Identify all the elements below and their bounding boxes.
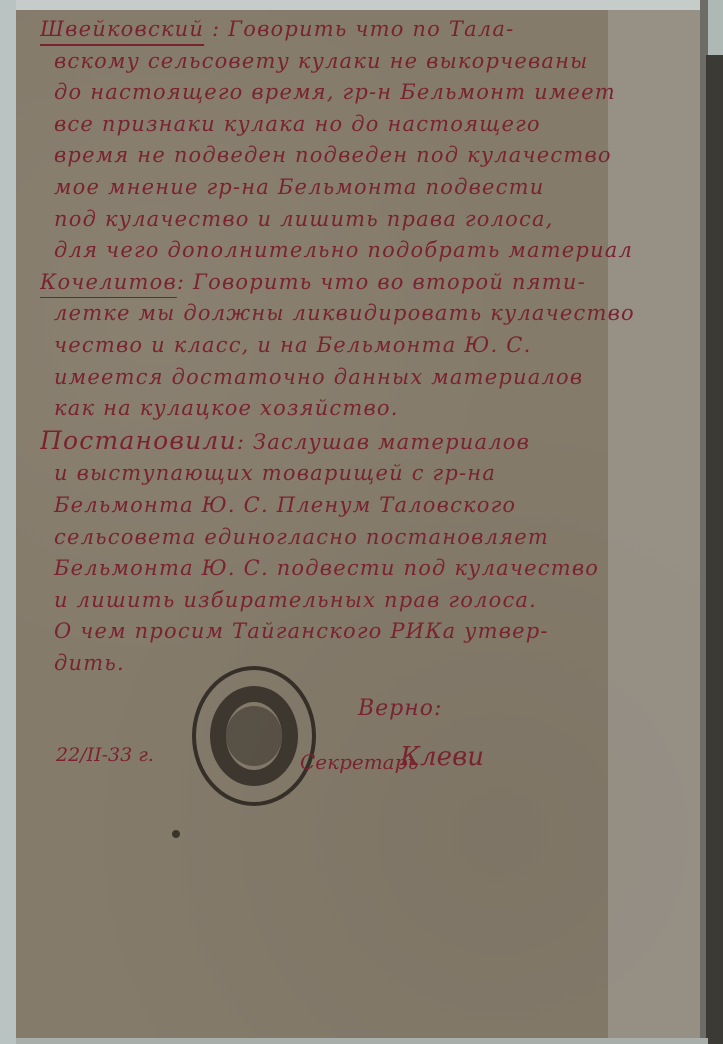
text-line-rest: : Заслушав материалов [237, 430, 530, 454]
text-line: дить. [40, 648, 700, 680]
text-line: Кочелитов: Говорить что во второй пяти- [40, 267, 700, 299]
text-line: Бельмонта Ю. С. Пленум Таловского [40, 490, 700, 522]
resolution-heading: Постановили [40, 426, 237, 455]
scanner-background-bottom [16, 1038, 708, 1044]
text-line-rest: : Говорить что во второй пяти- [177, 270, 586, 294]
text-line: О чем просим Тайганского РИКа утвер- [40, 616, 700, 648]
document-date: 22/II-33 г. [56, 744, 154, 766]
text-line: Бельмонта Ю. С. подвести под кулачество [40, 553, 700, 585]
stamp-emblem [226, 706, 282, 766]
text-line: и выступающих товарищей с гр-на [40, 458, 700, 490]
paper-hole [172, 830, 180, 838]
text-line: вскому сельсовету кулаки не выкорчеваны [40, 46, 700, 78]
text-line: Швейковский : Говорить что по Тала- [40, 14, 700, 46]
text-line: летке мы должны ликвидировать кулачество [40, 298, 700, 330]
official-stamp [192, 666, 316, 806]
text-line: Постановили: Заслушав материалов [40, 425, 700, 459]
handwritten-text: Швейковский : Говорить что по Тала- вско… [40, 14, 700, 679]
text-line: мое мнение гр-на Бельмонта подвести [40, 172, 700, 204]
text-line: время не подведен подведен под кулачеств… [40, 140, 700, 172]
text-line: как на кулацкое хозяйство. [40, 393, 700, 425]
text-line: все признаки кулака но до настоящего [40, 109, 700, 141]
text-line: имеется достаточно данных материалов [40, 362, 700, 394]
text-line-rest: : Говорить что по Тала- [204, 17, 514, 41]
scanner-background-top [16, 0, 706, 10]
text-line: чество и класс, и на Бельмонта Ю. С. [40, 330, 700, 362]
text-line: до настоящего время, гр-н Бельмонт имеет [40, 77, 700, 109]
speaker-name: Кочелитов [40, 270, 177, 294]
page-shadow [706, 55, 723, 1044]
certification-mark: Верно: [358, 696, 442, 721]
text-line: и лишить избирательных прав голоса. [40, 585, 700, 617]
signature: Клеви [400, 742, 484, 772]
text-line: сельсовета единогласно постановляет [40, 522, 700, 554]
text-line: под кулачество и лишить права голоса, [40, 204, 700, 236]
text-line: для чего дополнительно подобрать материа… [40, 235, 700, 267]
speaker-name: Швейковский [40, 17, 204, 41]
